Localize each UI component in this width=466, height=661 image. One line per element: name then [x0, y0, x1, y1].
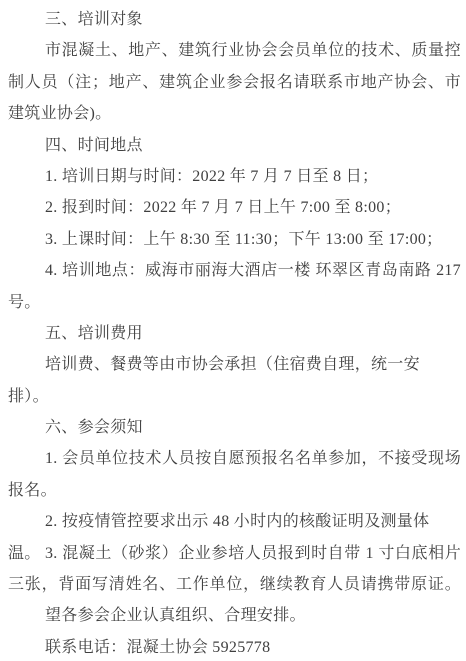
text-line: 1. 培训日期与时间：2022 年 7 月 7 日至 8 日； [8, 161, 461, 192]
text-line: 报名。 [8, 475, 461, 506]
contact-phone-line: 联系电话：混凝土协会 5925778 [8, 632, 461, 661]
text-line: 3. 混凝土（砂浆）企业参培人员报到时自带 1 寸白底相片 [8, 538, 461, 569]
text-line: 2. 按疫情管控要求出示 48 小时内的核酸证明及测量体温。 [8, 506, 461, 537]
text-line: 3. 上课时间：上午 8:30 至 11:30；下午 13:00 至 17:00… [8, 224, 461, 255]
section-training-audience: 三、培训对象 市混凝土、地产、建筑行业协会会员单位的技术、质量控 制人员（注；地… [8, 4, 461, 130]
text-line: 建筑业协会)。 [8, 98, 461, 129]
section-heading-time-location: 四、时间地点 [8, 130, 461, 161]
section-heading-attendance-notes: 六、参会须知 [8, 412, 461, 443]
text-line: 望各参会企业认真组织、合理安排。 [8, 600, 461, 631]
section-time-location: 四、时间地点 1. 培训日期与时间：2022 年 7 月 7 日至 8 日； 2… [8, 130, 461, 318]
section-heading-training-audience: 三、培训对象 [8, 4, 461, 35]
text-line: 2. 报到时间：2022 年 7 月 7 日上午 7:00 至 8:00； [8, 192, 461, 223]
section-training-fee: 五、培训费用 培训费、餐费等由市协会承担（住宿费自理，统一安 排）。 [8, 318, 461, 412]
text-line: 培训费、餐费等由市协会承担（住宿费自理，统一安 [8, 349, 461, 380]
text-line: 1. 会员单位技术人员按自愿预报名名单参加，不接受现场 [8, 443, 461, 474]
document-page: 三、培训对象 市混凝土、地产、建筑行业协会会员单位的技术、质量控 制人员（注；地… [0, 0, 466, 661]
section-heading-training-fee: 五、培训费用 [8, 318, 461, 349]
text-line: 4. 培训地点：威海市丽海大酒店一楼 环翠区青岛南路 217 [8, 255, 461, 286]
text-line: 号。 [8, 287, 461, 318]
text-line: 制人员（注；地产、建筑企业参会报名请联系市地产协会、市 [8, 67, 461, 98]
section-attendance-notes: 六、参会须知 1. 会员单位技术人员按自愿预报名名单参加，不接受现场 报名。 2… [8, 412, 461, 661]
text-line: 排）。 [8, 381, 461, 412]
text-line: 三张，背面写清姓名、工作单位，继续教育人员请携带原证。 [8, 569, 461, 600]
text-line: 市混凝土、地产、建筑行业协会会员单位的技术、质量控 [8, 35, 461, 66]
